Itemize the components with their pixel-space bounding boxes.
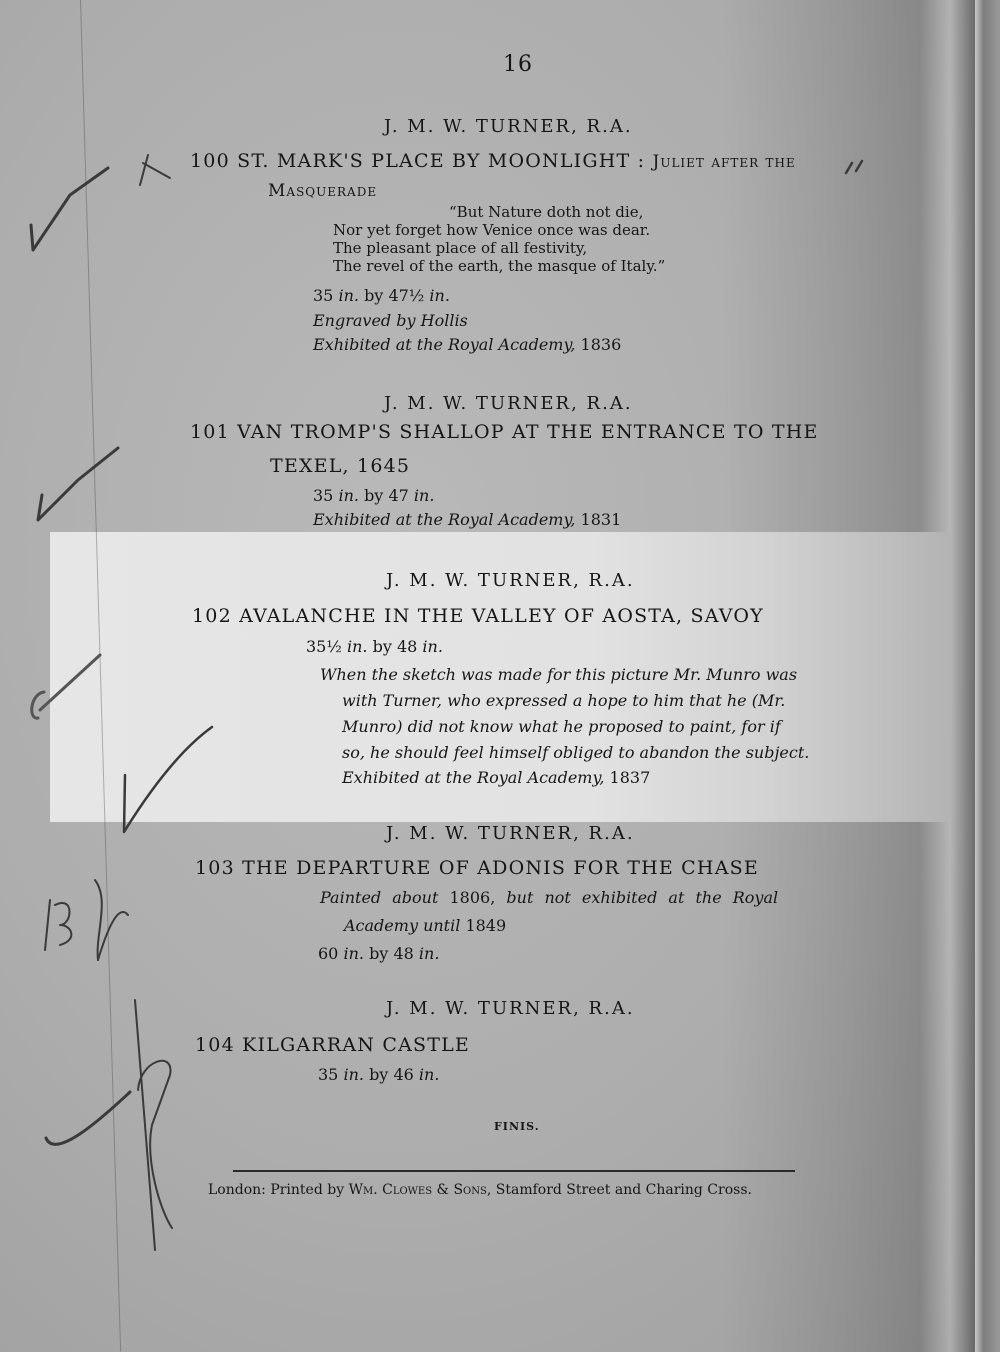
page-number: 16: [503, 52, 533, 77]
artist-heading-101: J. M. W. TURNER, R.A.: [384, 393, 633, 414]
note-line: Munro) did not know what he proposed to …: [320, 714, 809, 740]
entry-number: 101: [190, 421, 230, 443]
entry-title-text: AVALANCHE IN THE VALLEY OF AOSTA, SAVOY: [239, 605, 764, 627]
verse-line: “But Nature doth not die,: [333, 203, 665, 221]
page-edge: [975, 0, 1000, 1352]
entry-title-102: 102 AVALANCHE IN THE VALLEY OF AOSTA, SA…: [192, 605, 764, 627]
artist-heading-103: J. M. W. TURNER, R.A.: [386, 823, 635, 844]
verse-line: The revel of the earth, the masque of It…: [333, 257, 665, 275]
imprint-rule: [233, 1170, 795, 1172]
entry-subtitle-cont: Masquerade: [268, 181, 377, 201]
note-102: When the sketch was made for this pictur…: [320, 662, 809, 766]
entry-title-text: VAN TROMP'S SHALLOP AT THE ENTRANCE TO T…: [237, 421, 818, 443]
entry-number: 100: [190, 150, 230, 172]
entry-title-text: THE DEPARTURE OF ADONIS FOR THE CHASE: [242, 857, 759, 879]
artist-heading-100: J. M. W. TURNER, R.A.: [384, 116, 633, 137]
entry-number: 103: [195, 857, 235, 879]
verse-quote: “But Nature doth not die, Nor yet forget…: [333, 203, 665, 275]
note-line: with Turner, who expressed a hope to him…: [320, 688, 809, 714]
exhibited-102: Exhibited at the Royal Academy, 1837: [342, 768, 650, 787]
entry-number: 104: [195, 1034, 235, 1056]
verse-line: The pleasant place of all festivity,: [333, 239, 665, 257]
entry-title-text: KILGARRAN CASTLE: [242, 1034, 470, 1056]
note-103-line2: Academy until 1849: [344, 916, 506, 935]
note-line: When the sketch was made for this pictur…: [320, 662, 809, 688]
entry-number: 102: [192, 605, 232, 627]
printer-imprint: London: Printed by Wm. Clowes & Sons, St…: [208, 1182, 752, 1198]
entry-subtitle: Juliet after the: [653, 152, 796, 172]
finis-label: FINIS.: [494, 1120, 540, 1133]
entry-title-104: 104 KILGARRAN CASTLE: [195, 1034, 470, 1056]
entry-title-100: 100 ST. MARK'S PLACE BY MOONLIGHT : Juli…: [190, 150, 796, 172]
dimensions-103: 60 in. by 48 in.: [318, 944, 439, 963]
dimensions-101: 35 in. by 47 in.: [313, 486, 434, 505]
entry-title-101: 101 VAN TROMP'S SHALLOP AT THE ENTRANCE …: [190, 421, 819, 443]
dimensions-100: 35 in. by 47½ in.: [313, 286, 450, 305]
entry-title-cont-101: TEXEL, 1645: [270, 455, 410, 477]
exhibited-101: Exhibited at the Royal Academy, 1831: [313, 510, 621, 529]
entry-title-103: 103 THE DEPARTURE OF ADONIS FOR THE CHAS…: [195, 857, 759, 879]
entry-title-text: ST. MARK'S PLACE BY MOONLIGHT :: [237, 150, 645, 172]
artist-heading-102: J. M. W. TURNER, R.A.: [386, 570, 635, 591]
dimensions-104: 35 in. by 46 in.: [318, 1065, 439, 1084]
engraved-by-100: Engraved by Hollis: [313, 311, 468, 330]
note-103-line1: Painted about 1806, but not exhibited at…: [320, 888, 778, 907]
dimensions-102: 35½ in. by 48 in.: [306, 637, 443, 656]
artist-heading-104: J. M. W. TURNER, R.A.: [386, 998, 635, 1019]
verse-line: Nor yet forget how Venice once was dear.: [333, 221, 665, 239]
exhibited-100: Exhibited at the Royal Academy, 1836: [313, 335, 621, 354]
note-line: so, he should feel himself obliged to ab…: [320, 740, 809, 766]
